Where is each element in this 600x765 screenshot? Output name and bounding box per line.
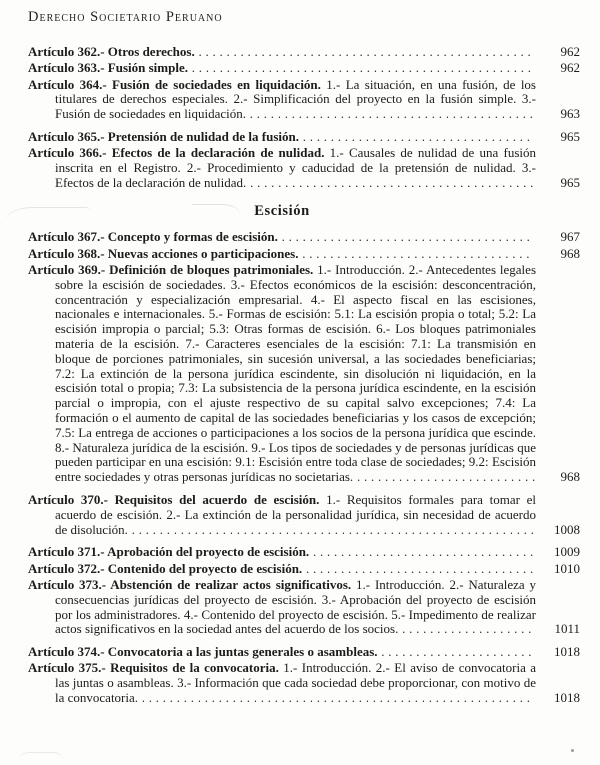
scan-speck bbox=[571, 749, 574, 752]
dot-leader: . . . . . . . . . . . . . . . . . . . . … bbox=[188, 61, 531, 75]
page-number: 965 bbox=[536, 176, 580, 191]
entry-text: Artículo 374.- Convocatoria a las juntas… bbox=[28, 645, 536, 660]
dot-leader: . . . . . . . . . . . . . . . . . . . bbox=[398, 621, 531, 636]
toc-entry-art-375: Artículo 375.- Requisitos de la convocat… bbox=[28, 661, 580, 705]
scan-smudge bbox=[18, 752, 64, 760]
toc-entry-art-363: Artículo 363.- Fusión simple. . . . . . … bbox=[28, 61, 580, 76]
toc-entry-art-367: Artículo 367.- Concepto y formas de esci… bbox=[28, 230, 580, 245]
page-number: 967 bbox=[536, 230, 580, 245]
page-number: 968 bbox=[536, 470, 580, 485]
entry-title: Artículo 371.- Aprobación del proyecto d… bbox=[28, 545, 309, 559]
page-number: 1018 bbox=[536, 691, 580, 706]
entry-text: Artículo 370.- Requisitos del acuerdo de… bbox=[28, 493, 536, 537]
entry-title: Artículo 370.- Requisitos del acuerdo de… bbox=[28, 493, 319, 507]
dot-leader: . . . . . . . . . . . . . . . . . . . . … bbox=[128, 522, 534, 537]
dot-leader: . . . . . . . . . . . . . . . . . . . . … bbox=[246, 175, 533, 190]
page-number: 1011 bbox=[536, 622, 580, 637]
dot-leader: . . . . . . . . . . . . . . . . . . . . … bbox=[353, 469, 535, 484]
dot-leader: . . . . . . . . . . . . . . . . . . . . … bbox=[246, 106, 533, 121]
page-number: 1009 bbox=[536, 545, 580, 560]
entry-title: Artículo 367.- Concepto y formas de esci… bbox=[28, 230, 278, 244]
entry-title: Artículo 363.- Fusión simple. bbox=[28, 61, 188, 75]
entry-title: Artículo 364.- Fusión de sociedades en l… bbox=[28, 78, 321, 92]
entry-title: Artículo 362.- Otros derechos. bbox=[28, 45, 195, 59]
table-of-contents: Artículo 362.- Otros derechos. . . . . .… bbox=[28, 45, 580, 706]
page-number: 968 bbox=[536, 247, 580, 262]
dot-leader: . . . . . . . . . . . . . . . . . . . . … bbox=[298, 247, 529, 261]
page-number: 1018 bbox=[536, 645, 580, 660]
toc-entry-art-374: Artículo 374.- Convocatoria a las juntas… bbox=[28, 645, 580, 660]
dot-leader: . . . . . . . . . . . . . . . . . . . . … bbox=[299, 130, 530, 144]
entry-title: Artículo 368.- Nuevas acciones o partici… bbox=[28, 247, 298, 261]
running-header: Derecho Societario Peruano bbox=[28, 9, 580, 26]
page-number: 1008 bbox=[536, 523, 580, 538]
toc-entry-art-368: Artículo 368.- Nuevas acciones o partici… bbox=[28, 247, 580, 262]
entry-title: Artículo 369.- Definición de bloques pat… bbox=[28, 263, 313, 277]
toc-entry-art-372: Artículo 372.- Contenido del proyecto de… bbox=[28, 562, 580, 577]
entry-text: Artículo 364.- Fusión de sociedades en l… bbox=[28, 78, 536, 122]
page-number: 965 bbox=[536, 130, 580, 145]
toc-entry-art-373: Artículo 373.- Abstención de realizar ac… bbox=[28, 578, 580, 637]
page-number: 963 bbox=[536, 107, 580, 122]
page-number: 962 bbox=[536, 61, 580, 76]
entry-text: Artículo 363.- Fusión simple. . . . . . … bbox=[28, 61, 536, 76]
entry-title: Artículo 375.- Requisitos de la convocat… bbox=[28, 661, 279, 675]
toc-entry-art-366: Artículo 366.- Efectos de la declaración… bbox=[28, 146, 580, 190]
entry-text: Artículo 372.- Contenido del proyecto de… bbox=[28, 562, 536, 577]
entry-body: 1.- Introducción. 2.- Antecedentes legal… bbox=[55, 263, 536, 484]
entry-title: Artículo 373.- Abstención de realizar ac… bbox=[28, 578, 351, 592]
entry-text: Artículo 362.- Otros derechos. . . . . .… bbox=[28, 45, 536, 60]
toc-entry-art-370: Artículo 370.- Requisitos del acuerdo de… bbox=[28, 493, 580, 537]
dot-leader: . . . . . . . . . . . . . . . . . . . . … bbox=[378, 645, 532, 659]
entry-title: Artículo 374.- Convocatoria a las juntas… bbox=[28, 645, 378, 659]
entry-title: Artículo 372.- Contenido del proyecto de… bbox=[28, 562, 302, 576]
dot-leader: . . . . . . . . . . . . . . . . . . . . … bbox=[309, 545, 533, 559]
dot-leader: . . . . . . . . . . . . . . . . . . . . … bbox=[138, 690, 530, 705]
dot-leader: . . . . . . . . . . . . . . . . . . . . … bbox=[195, 45, 531, 59]
entry-title: Artículo 365.- Pretensión de nulidad de … bbox=[28, 130, 299, 144]
entry-text: Artículo 367.- Concepto y formas de esci… bbox=[28, 230, 536, 245]
page-number: 962 bbox=[536, 45, 580, 60]
toc-entry-art-364: Artículo 364.- Fusión de sociedades en l… bbox=[28, 78, 580, 122]
entry-text: Artículo 365.- Pretensión de nulidad de … bbox=[28, 130, 536, 145]
book-page: Derecho Societario Peruano Artículo 362.… bbox=[0, 0, 600, 765]
toc-entry-art-362: Artículo 362.- Otros derechos. . . . . .… bbox=[28, 45, 580, 60]
entry-text: Artículo 371.- Aprobación del proyecto d… bbox=[28, 545, 536, 560]
entry-text: Artículo 366.- Efectos de la declaración… bbox=[28, 146, 536, 190]
dot-leader: . . . . . . . . . . . . . . . . . . . . … bbox=[278, 230, 530, 244]
entry-text: Artículo 369.- Definición de bloques pat… bbox=[28, 263, 536, 485]
section-heading-escision: Escisión bbox=[28, 204, 536, 219]
dot-leader: . . . . . . . . . . . . . . . . . . . . … bbox=[302, 562, 533, 576]
page-number: 1010 bbox=[536, 562, 580, 577]
toc-entry-art-369: Artículo 369.- Definición de bloques pat… bbox=[28, 263, 580, 485]
toc-entry-art-371: Artículo 371.- Aprobación del proyecto d… bbox=[28, 545, 580, 560]
entry-text: Artículo 373.- Abstención de realizar ac… bbox=[28, 578, 536, 637]
toc-entry-art-365: Artículo 365.- Pretensión de nulidad de … bbox=[28, 130, 580, 145]
entry-title: Artículo 366.- Efectos de la declaración… bbox=[28, 146, 324, 160]
entry-text: Artículo 368.- Nuevas acciones o partici… bbox=[28, 247, 536, 262]
entry-text: Artículo 375.- Requisitos de la convocat… bbox=[28, 661, 536, 705]
